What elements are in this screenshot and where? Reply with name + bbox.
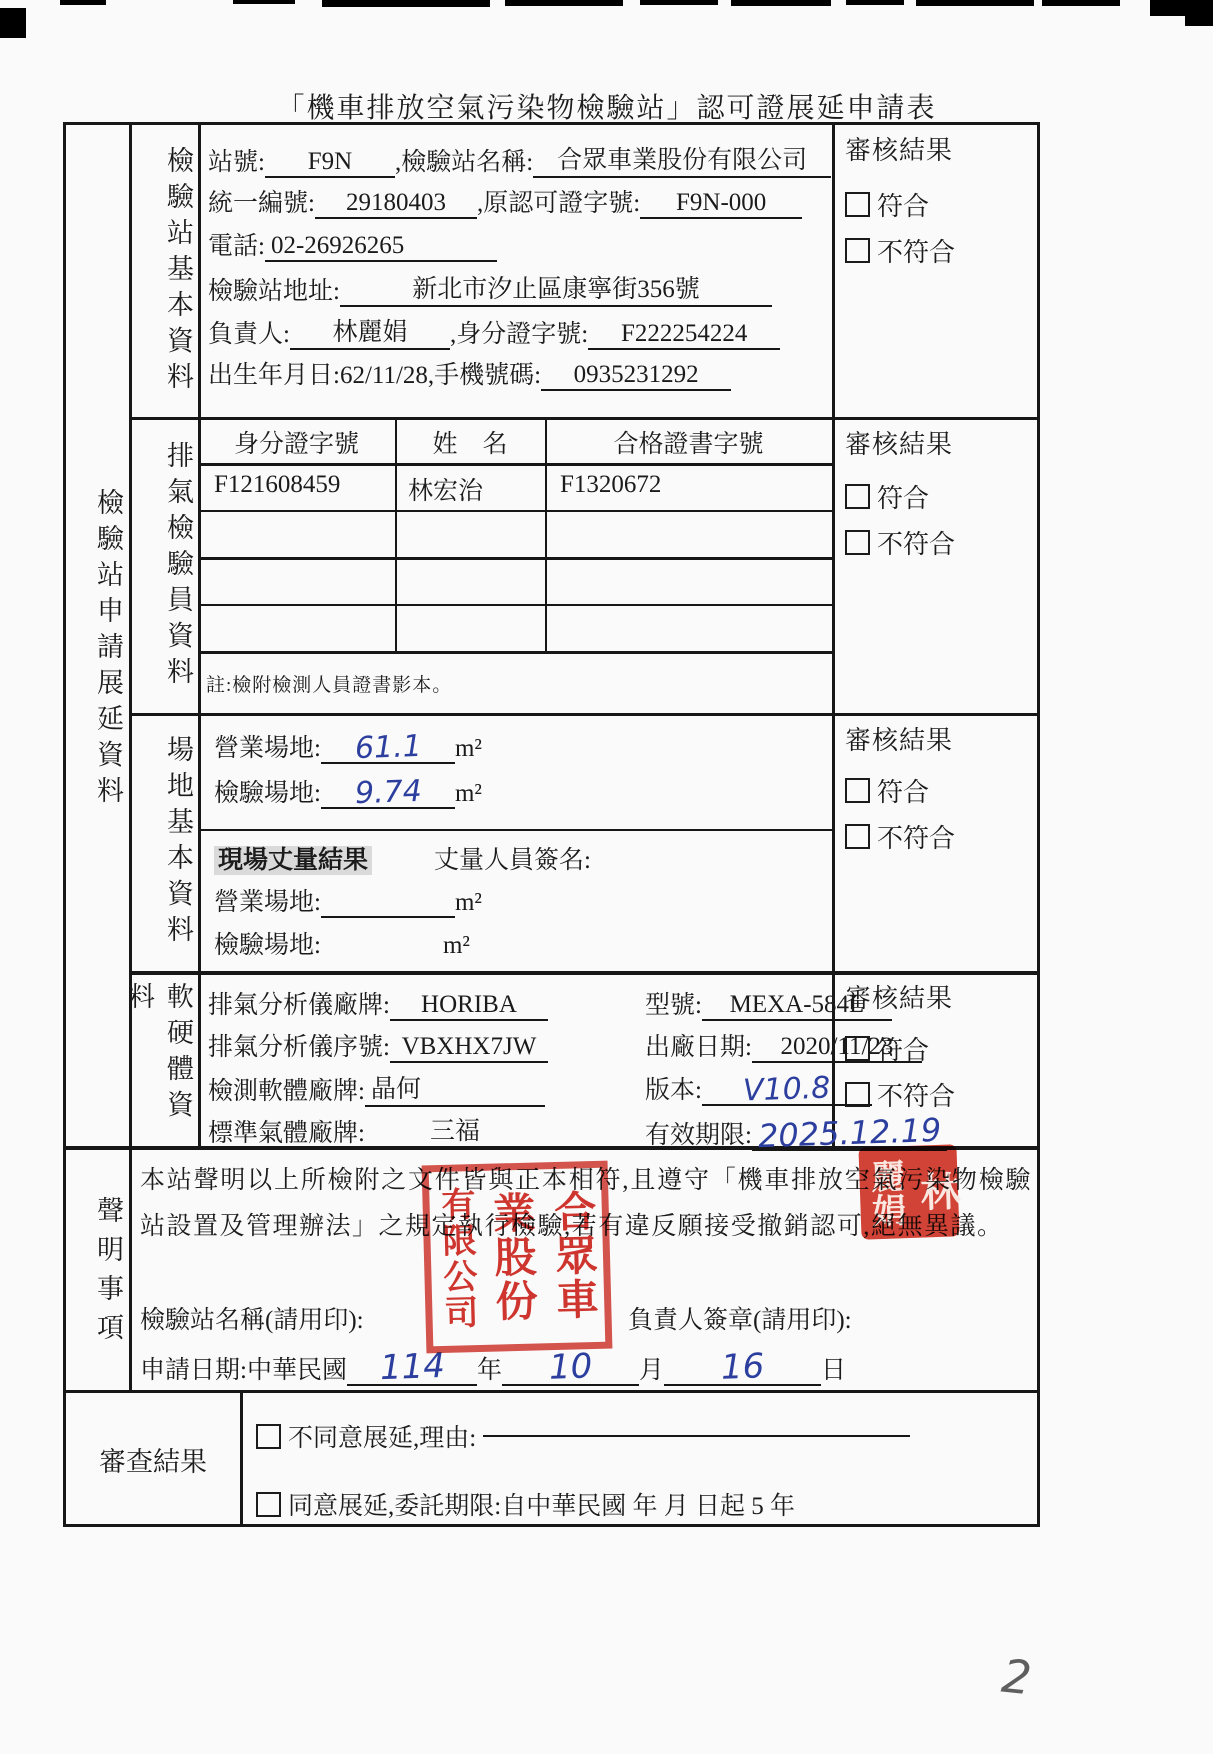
scan-artifact	[1042, 0, 1120, 6]
owner-seal-row: 負責人簽章(請用印):	[628, 1300, 852, 1336]
scan-artifact	[640, 0, 718, 5]
model-label: 型號:	[645, 992, 702, 1019]
grid-line	[240, 1390, 243, 1525]
inspectors-header-name: 姓 名	[395, 424, 545, 460]
section-label-hardware: 軟硬體資料	[134, 982, 198, 1140]
station-name-label: ,檢驗站名稱:	[395, 149, 533, 176]
site-business-row: 營業場地:61.1m²	[214, 727, 482, 764]
site-inspect-blank-row: 檢驗場地:m²	[214, 925, 470, 961]
audit-pass-option: 符合	[845, 772, 929, 809]
company-seal-column: 業股份	[480, 1190, 543, 1324]
station-seal-row: 檢驗站名稱(請用印):	[140, 1300, 364, 1336]
station-name-field: 合眾車業股份有限公司	[533, 140, 831, 178]
business-area-label2: 營業場地:	[214, 889, 321, 916]
scan-artifact	[1185, 16, 1213, 26]
hw-row-1-right: 型號:MEXA-584L	[645, 985, 892, 1021]
station-row-1: 站號:F9N,檢驗站名稱:合眾車業股份有限公司	[208, 140, 831, 178]
hw-row-2-right: 出廠日期:2020/11/23	[645, 1027, 922, 1063]
checkbox-agree[interactable]	[256, 1492, 281, 1517]
gas-brand-field: 三福	[365, 1111, 545, 1149]
mfg-date-label: 出廠日期:	[645, 1034, 752, 1061]
scan-artifact	[731, 0, 831, 6]
business-area-blank-field	[321, 916, 455, 918]
result-option-1: 不同意展延,理由:	[256, 1418, 910, 1454]
mobile-label: ,手機號碼:	[428, 362, 541, 389]
software-brand-field: 晶何	[365, 1069, 545, 1107]
grid-line	[129, 713, 1040, 716]
grid-line	[63, 1390, 1040, 1393]
section-label-station: 檢驗站基本資料	[134, 138, 198, 406]
owner-id-field: F222254224	[588, 320, 780, 350]
grid-line	[198, 510, 832, 512]
version-label: 版本:	[645, 1077, 702, 1104]
inspect-area-label2: 檢驗場地:	[214, 932, 321, 959]
section-label-inspectors: 排氣檢驗員資料	[134, 428, 198, 706]
apply-month-value: 10	[548, 1346, 593, 1387]
orig-cert-label: ,原認可證字號:	[477, 190, 640, 217]
site-inspect-row: 檢驗場地:9.74m²	[214, 772, 482, 809]
station-row-4: 檢驗站地址:新北市汐止區康寧街356號	[208, 269, 772, 307]
inspector-cert: F1320672	[560, 471, 661, 499]
business-area-label: 營業場地:	[214, 735, 321, 762]
expiry-label: 有效期限:	[645, 1122, 752, 1149]
station-row-5: 負責人:林麗娟,身分證字號:F222254224	[208, 312, 780, 350]
scan-artifact	[916, 0, 1034, 6]
checkbox-pass[interactable]	[845, 778, 870, 803]
grid-line	[198, 122, 201, 1148]
page-title: 「機車排放空氣污染物檢驗站」認可證展延申請表	[0, 86, 1213, 126]
birth-label: 出生年月日:	[208, 362, 340, 389]
checkbox-fail[interactable]	[845, 530, 870, 555]
owner-seal-column: 林	[908, 1170, 966, 1212]
day-suffix: 日	[821, 1357, 846, 1384]
scanned-form-page: 「機車排放空氣污染物檢驗站」認可證展延申請表 檢驗站申請展延資料 檢驗站基本資料…	[0, 0, 1213, 1754]
owner-field: 林麗娟	[290, 312, 450, 350]
scan-artifact	[322, 0, 490, 7]
measure-signer-label: 丈量人員簽名:	[434, 847, 591, 874]
station-row-3: 電話:02-26926265	[208, 226, 497, 262]
mfg-date-field: 2020/11/23	[752, 1033, 922, 1063]
inspect-area-value: 9.74	[354, 774, 422, 811]
company-seal-column: 有限公司	[430, 1186, 483, 1331]
checkbox-fail-label: 不符合	[877, 818, 955, 855]
grid-line	[198, 604, 832, 606]
hw-row-4-right: 有效期限:2025.12.19	[645, 1111, 947, 1151]
checkbox-pass-label: 符合	[877, 478, 929, 515]
analyzer-serial-label: 排氣分析儀序號:	[208, 1034, 390, 1061]
grid-line	[198, 463, 832, 466]
audit-title: 審核結果	[845, 424, 953, 461]
checkbox-fail-label: 不符合	[877, 524, 955, 561]
audit-title: 審核結果	[845, 720, 953, 757]
model-field: MEXA-584L	[702, 991, 892, 1021]
software-brand-label: 檢測軟體廠牌:	[208, 1078, 365, 1105]
unit-m2: m²	[443, 932, 470, 959]
address-field: 新北市汐止區康寧街356號	[340, 269, 772, 307]
checkbox-fail-label: 不符合	[877, 1076, 955, 1113]
unit-m2: m²	[455, 780, 482, 807]
unit-m2: m²	[455, 735, 482, 762]
audit-fail-option: 不符合	[845, 524, 955, 561]
birth-value: 62/11/28	[340, 362, 428, 389]
section-label-result: 審查結果	[70, 1440, 236, 1479]
analyzer-brand-field: HORIBA	[390, 991, 548, 1021]
reason-blank-field	[483, 1435, 910, 1437]
section-label-declaration: 聲明事項	[66, 1168, 128, 1380]
audit-pass-option: 符合	[845, 478, 929, 515]
audit-pass-option: 符合	[845, 186, 929, 223]
month-suffix: 月	[639, 1357, 664, 1384]
gas-brand-label: 標準氣體廠牌:	[208, 1120, 365, 1147]
site-business-blank-row: 營業場地:m²	[214, 882, 482, 918]
uniform-no-field: 29180403	[315, 189, 477, 219]
station-no-label: 站號:	[208, 149, 265, 176]
measure-result-title: 現場丈量結果	[214, 846, 372, 875]
inspectors-note: 註:檢附檢測人員證書影本。	[206, 670, 452, 697]
phone-label: 電話:	[208, 233, 265, 260]
hw-row-4-left: 標準氣體廠牌:三福	[208, 1111, 545, 1149]
scan-artifact	[1150, 0, 1213, 16]
inspector-id: F121608459	[214, 471, 340, 499]
hw-row-2-left: 排氣分析儀序號:VBXHX7JW	[208, 1027, 548, 1063]
page-number: 2	[999, 1649, 1034, 1706]
result-option-2: 同意展延,委託期限:自中華民國 年 月 日起 5 年	[256, 1486, 795, 1522]
owner-id-label: ,身分證字號:	[450, 321, 588, 348]
audit-fail-option: 不符合	[845, 818, 955, 855]
inspectors-header-cert: 合格證書字號	[545, 424, 832, 460]
result-option-1-label: 不同意展延,理由:	[288, 1418, 476, 1454]
apply-date-prefix: 申請日期:中華民國	[140, 1357, 347, 1384]
grid-line	[129, 417, 1040, 420]
checkbox-fail-label: 不符合	[877, 232, 955, 269]
hw-row-1-left: 排氣分析儀廠牌:HORIBA	[208, 985, 548, 1021]
version-field: V10.8	[743, 1070, 831, 1108]
grid-line	[198, 557, 832, 560]
site-measure-row: 現場丈量結果丈量人員簽名:	[214, 840, 591, 876]
grid-line	[129, 122, 132, 1390]
phone-field: 02-26926265	[265, 232, 497, 262]
checkbox-disagree[interactable]	[256, 1424, 281, 1449]
hw-row-3-right: 版本:V10.8	[645, 1069, 872, 1106]
station-row-2: 統一編號:29180403,原認可證字號:F9N-000	[208, 183, 802, 219]
checkbox-fail[interactable]	[845, 824, 870, 849]
company-seal-stamp: 合眾車 業股份 有限公司	[422, 1161, 613, 1354]
scan-artifact	[846, 0, 904, 5]
apply-day-value: 16	[720, 1346, 765, 1387]
owner-seal-stamp: 林 麗娟	[858, 1144, 959, 1239]
scan-artifact	[233, 0, 295, 4]
result-option-2-label: 同意展延,委託期限:自中華民國 年 月 日起 5 年	[288, 1486, 795, 1522]
scan-artifact	[60, 0, 106, 5]
grid-line	[129, 971, 1040, 975]
unit-m2: m²	[455, 889, 482, 916]
grid-line	[198, 829, 832, 831]
owner-seal-column: 麗娟	[859, 1158, 910, 1228]
orig-cert-field: F9N-000	[640, 189, 802, 219]
audit-fail-option: 不符合	[845, 232, 955, 269]
inspect-area-label: 檢驗場地:	[214, 780, 321, 807]
station-row-6: 出生年月日:62/11/28,手機號碼:0935231292	[208, 355, 731, 391]
checkbox-fail[interactable]	[845, 238, 870, 263]
mobile-field: 0935231292	[541, 361, 731, 391]
audit-title: 審核結果	[845, 130, 953, 167]
checkbox-pass[interactable]	[845, 484, 870, 509]
scan-artifact	[505, 0, 623, 6]
checkbox-pass-label: 符合	[877, 186, 929, 223]
company-seal-column: 合眾車	[541, 1189, 604, 1323]
owner-label: 負責人:	[208, 321, 290, 348]
section-label-site: 場地基本資料	[134, 722, 198, 964]
inspectors-header-id: 身分證字號	[198, 424, 395, 460]
uniform-no-label: 統一編號:	[208, 190, 315, 217]
outer-section-label: 檢驗站申請展延資料	[66, 430, 128, 870]
business-area-value: 61.1	[354, 729, 422, 766]
hw-row-3-left: 檢測軟體廠牌:晶何	[208, 1069, 545, 1107]
address-label: 檢驗站地址:	[208, 278, 340, 305]
inspector-name: 林宏治	[408, 471, 483, 507]
analyzer-brand-label: 排氣分析儀廠牌:	[208, 992, 390, 1019]
station-seal-label: 檢驗站名稱(請用印):	[140, 1307, 364, 1334]
station-no-field: F9N	[265, 148, 395, 178]
scan-artifact	[0, 8, 26, 38]
checkbox-pass-label: 符合	[877, 772, 929, 809]
grid-line	[198, 651, 832, 654]
year-suffix: 年	[477, 1357, 502, 1384]
checkbox-pass[interactable]	[845, 192, 870, 217]
analyzer-serial-field: VBXHX7JW	[390, 1033, 548, 1063]
owner-seal-label: 負責人簽章(請用印):	[628, 1307, 852, 1334]
